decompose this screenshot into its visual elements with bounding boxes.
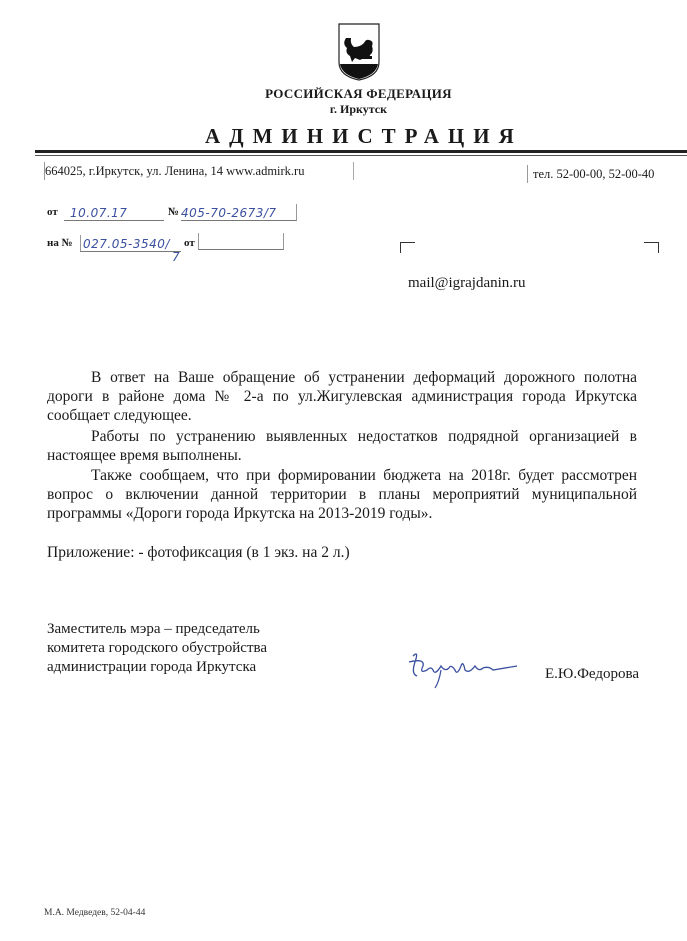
signatory-position: Заместитель мэра – председатель комитета… [47, 620, 267, 677]
header-divider-thin [35, 155, 687, 156]
phone-separator [527, 165, 528, 183]
phone-line: тел. 52-00-00, 52-00-40 [533, 167, 654, 182]
organization-title: АДМИНИСТРАЦИЯ [205, 124, 515, 149]
address-line: 664025, г.Иркутск, ул. Ленина, 14 www.ad… [45, 164, 304, 179]
body-paragraph: В ответ на Ваше обращение об устранении … [47, 368, 637, 425]
signatory-name: Е.Ю.Федорова [545, 666, 639, 683]
body-paragraph: Также сообщаем, что при формировании бюд… [47, 466, 637, 523]
reply-to-value: 027.05-3540/ [83, 237, 170, 251]
reply-to-label: на № [47, 237, 73, 249]
country-name: РОССИЙСКАЯ ФЕДЕРАЦИЯ [0, 86, 687, 102]
city-name: г. Иркутск [0, 102, 687, 117]
number-label: № [168, 206, 179, 218]
date-label: от [47, 206, 58, 218]
executor-info: М.А. Медведев, 52-04-44 [44, 908, 145, 918]
reply-to-field: 027.05-3540/ [80, 235, 181, 252]
attachment-note: Приложение: - фотофиксация (в 1 экз. на … [47, 543, 637, 562]
address-corner-left [400, 242, 415, 253]
irkutsk-coat-of-arms-icon [336, 22, 382, 82]
handwritten-signature [405, 648, 525, 697]
position-line: Заместитель мэра – председатель [47, 620, 267, 639]
reply-from-label: от [184, 237, 195, 249]
position-line: комитета городского обустройства [47, 639, 267, 658]
position-line: администрации города Иркутска [47, 658, 267, 677]
reply-from-field [198, 233, 284, 250]
reply-to-suffix: 7 [172, 250, 180, 264]
date-field: 10.07.17 [64, 204, 164, 221]
body-paragraph: Работы по устранению выявленных недостат… [47, 427, 637, 465]
recipient-email: mail@igrajdanin.ru [408, 275, 526, 292]
date-value: 10.07.17 [70, 206, 127, 220]
number-value: 405-70-2673/7 [181, 206, 277, 220]
address-separator [353, 162, 354, 180]
address-corner-right [644, 242, 659, 253]
header-divider [35, 150, 687, 153]
number-field: 405-70-2673/7 [181, 204, 297, 221]
